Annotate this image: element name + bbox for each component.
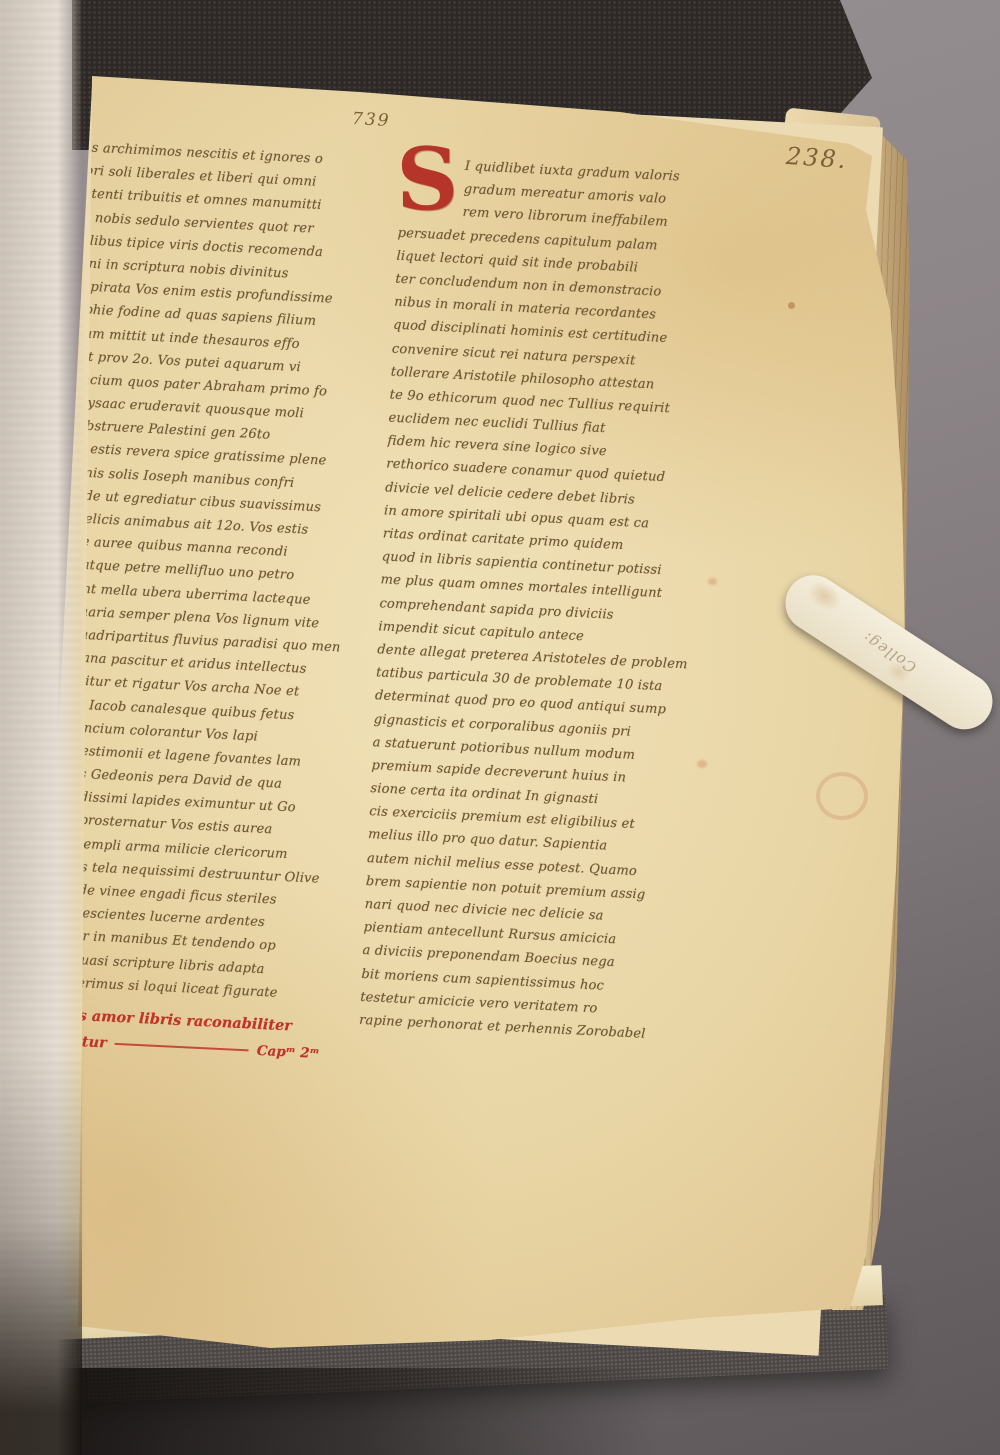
manuscript-photo: 739 238. res archimimos nescitis et igno… [0,0,1000,1455]
folio-number-center: 739 [352,109,391,131]
rubric-chapter-number: Capᵐ 2ᵐ [256,1038,320,1067]
stain-spot [788,302,795,309]
folio-number-right: 238. [785,142,848,174]
text-column-right: S I quidlibet iuxta gradum valorisgradum… [357,152,717,1084]
bookmark-inscription: Colleg: [859,628,920,676]
right-column-lines: I quidlibet iuxta gradum valorisgradum m… [359,152,718,1048]
text-block: res archimimos nescitis et ignores olibr… [33,136,757,1086]
rubric-dash [115,1043,249,1052]
manuscript-page: 739 238. res archimimos nescitis et igno… [60,60,920,1355]
facing-pages-fore-edge [0,0,82,1455]
bottom-shadow [0,1368,660,1455]
stain-ring [816,772,868,820]
decorated-initial-s: S [396,141,458,219]
